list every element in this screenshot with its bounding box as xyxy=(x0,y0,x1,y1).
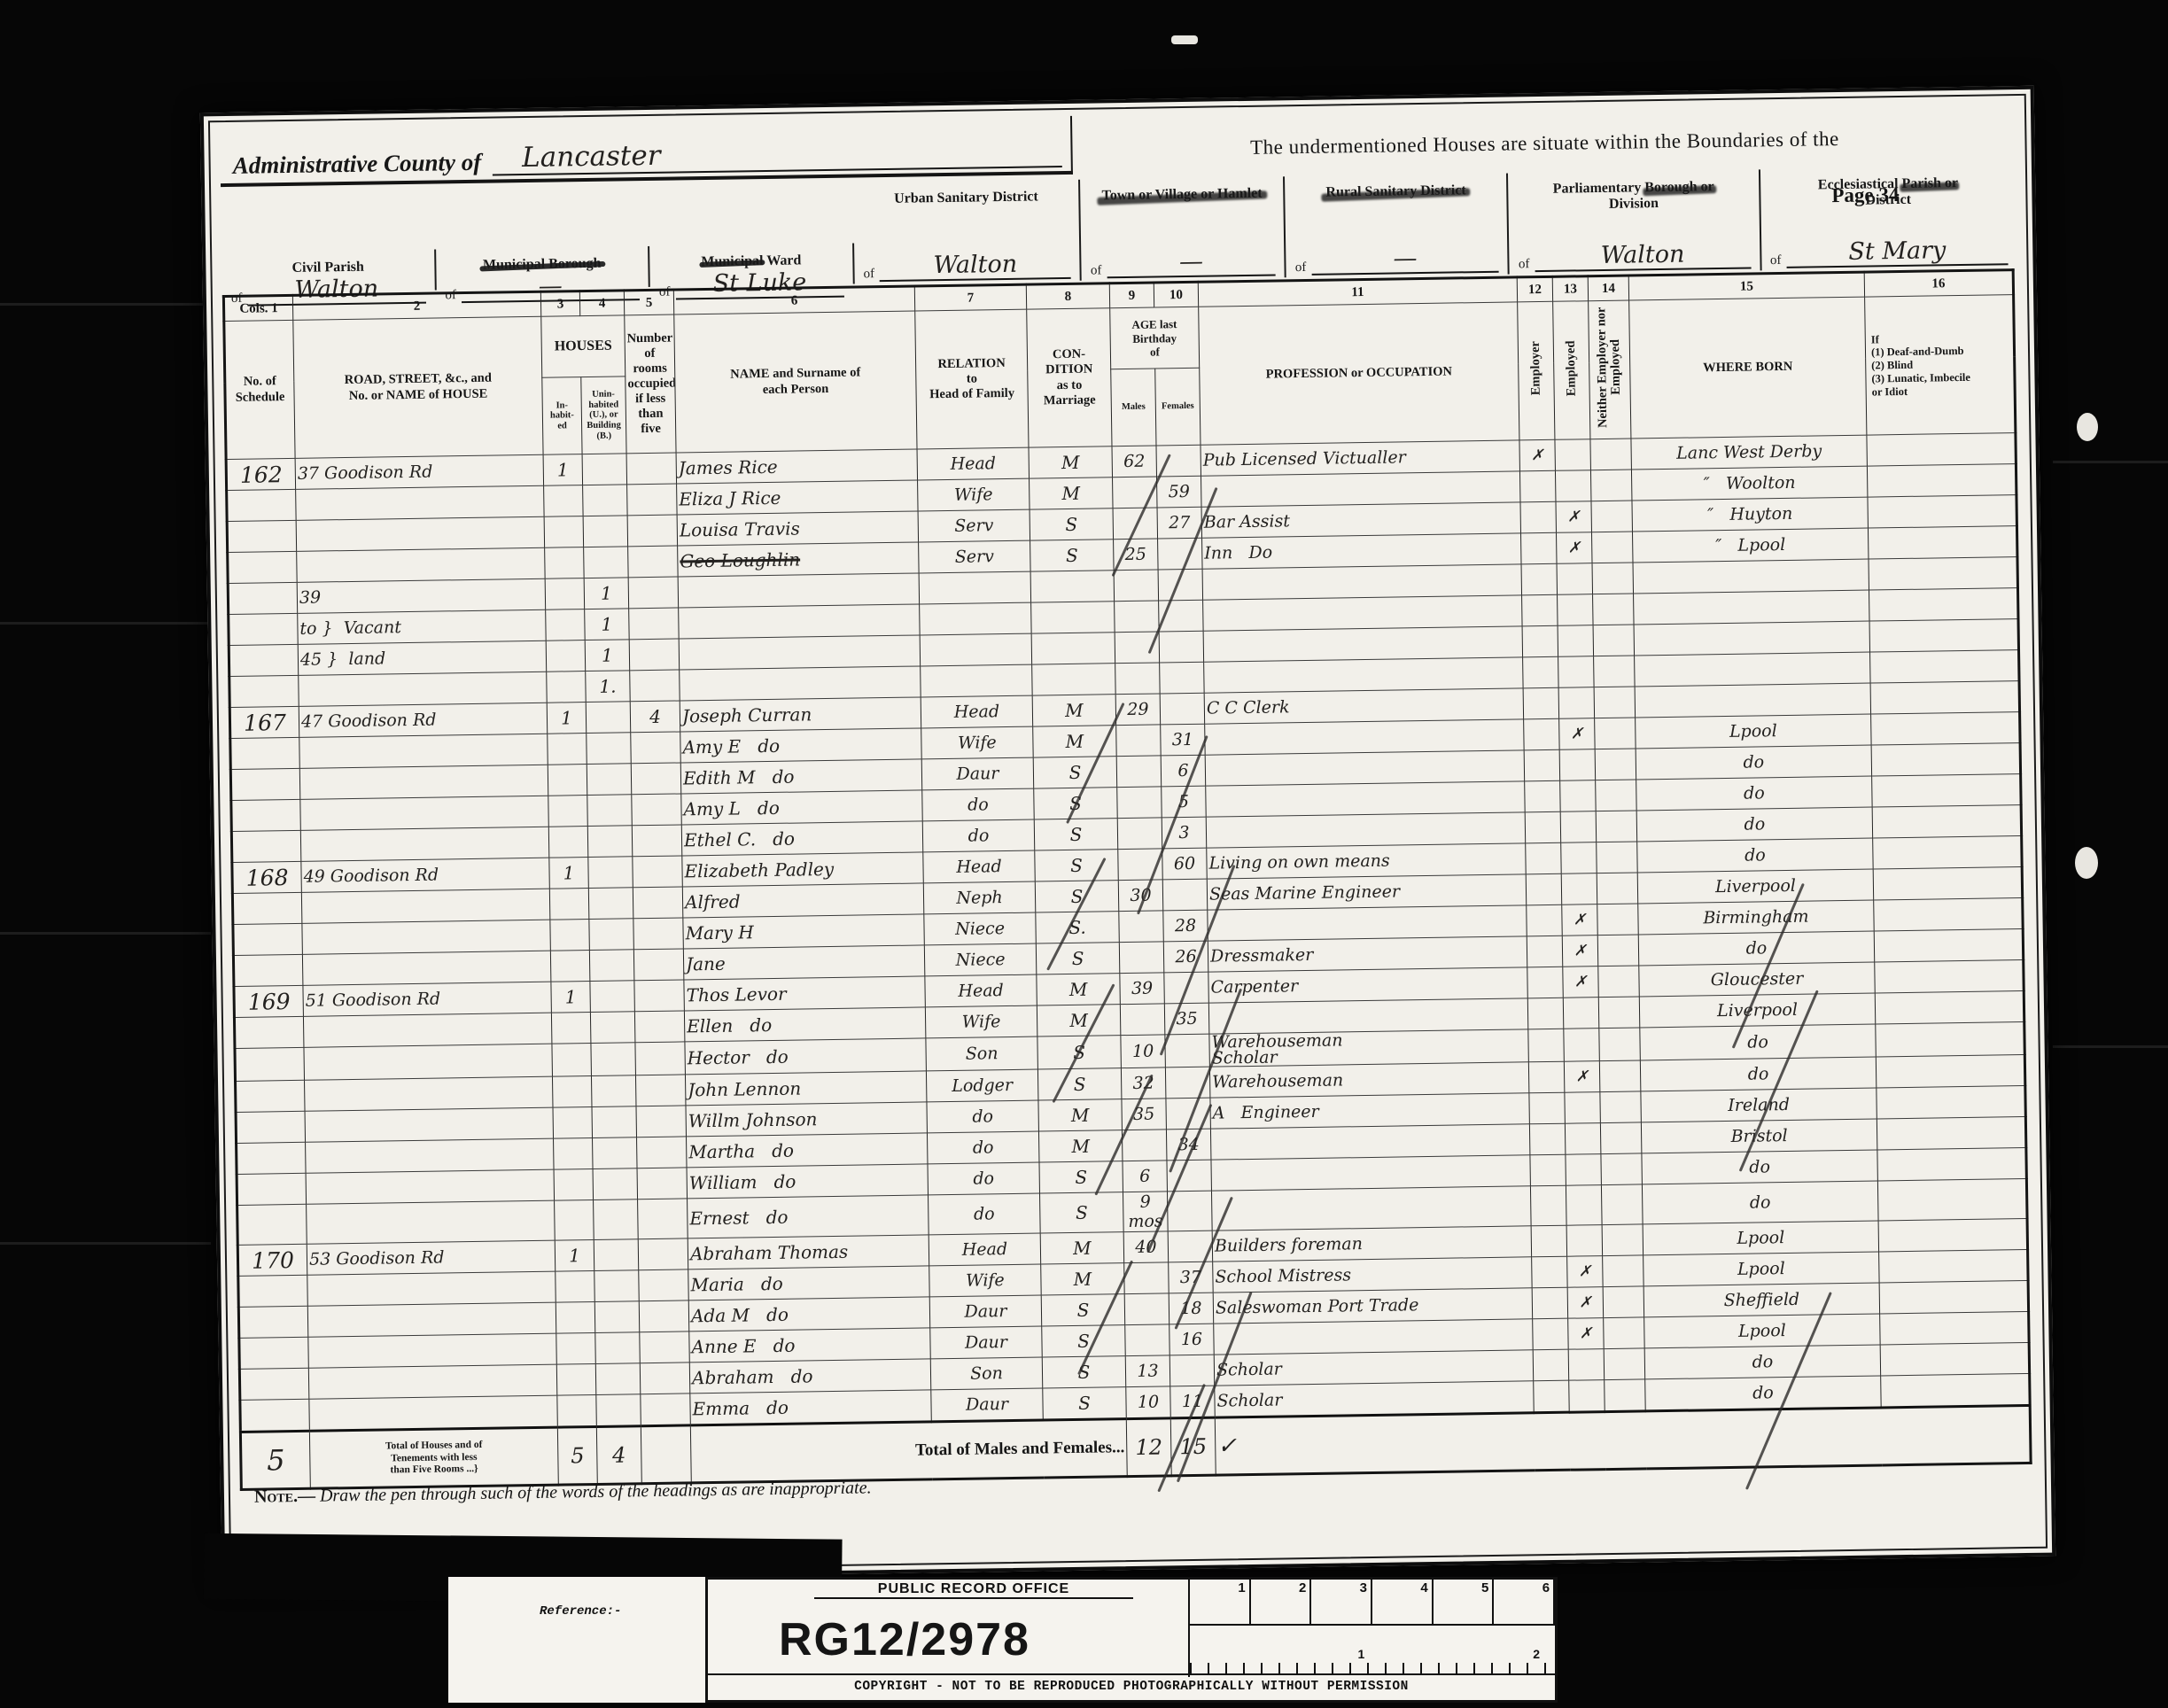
cell-schedule xyxy=(237,1174,307,1206)
cell-age-female: 34 xyxy=(1166,1129,1211,1161)
cell-employed xyxy=(1568,1349,1605,1381)
cell-where-born: Lanc West Derby xyxy=(1631,435,1867,470)
field-value: St Mary xyxy=(1786,236,2008,268)
cell-name: Thos Levor xyxy=(684,976,925,1011)
cell-condition: S xyxy=(1042,1356,1126,1388)
cell-address xyxy=(297,547,545,582)
cell-neither xyxy=(1598,966,1640,998)
cell-occupation: Pub Licensed Victualler xyxy=(1201,440,1519,476)
cell-condition xyxy=(1031,602,1115,633)
cell-neither xyxy=(1604,1317,1645,1349)
cell-uninhabited xyxy=(593,1168,638,1200)
cell-employer xyxy=(1525,811,1561,843)
col-number: 9 xyxy=(1109,283,1154,308)
cell-neither xyxy=(1592,563,1634,594)
cell-name: Amy L do xyxy=(681,790,922,825)
cell-neither xyxy=(1595,749,1636,780)
cell-occupation: Saleswoman Port Trade xyxy=(1213,1288,1532,1324)
cell-rooms xyxy=(637,1137,688,1168)
cell-employed xyxy=(1558,625,1594,657)
cell-age-male: 40 xyxy=(1123,1231,1169,1263)
cell-employer xyxy=(1526,842,1562,874)
cell-schedule: 168 xyxy=(232,861,302,893)
cell-employed xyxy=(1559,749,1596,781)
cell-relation: do xyxy=(929,1193,1041,1235)
cell-employer xyxy=(1533,1318,1569,1350)
cell-name: Elizabeth Padley xyxy=(682,852,923,887)
cell-uninhabited xyxy=(586,702,631,734)
cell-occupation xyxy=(1201,471,1520,507)
cell-schedule xyxy=(238,1275,308,1307)
cell-address xyxy=(302,951,550,985)
field-municipal-ward: Municipal Ward of St Luke xyxy=(649,244,855,287)
cell-employed xyxy=(1557,563,1593,595)
pro-reference-box: PUBLIC RECORD OFFICE Reference:- RG12/29… xyxy=(705,1577,1558,1703)
cell-schedule xyxy=(229,644,299,676)
cell-where-born: do xyxy=(1642,1181,1878,1224)
cell-condition: S xyxy=(1041,1294,1125,1326)
cell-infirmity xyxy=(1877,1117,2026,1150)
header-rooms: Number of rooms occupied if less than fi… xyxy=(625,314,676,454)
col-number: 3 xyxy=(540,291,579,317)
cell-occupation xyxy=(1202,564,1521,600)
cell-employer xyxy=(1523,656,1559,688)
cell-schedule xyxy=(236,1081,306,1113)
cell-name: Edith M do xyxy=(680,759,921,794)
cell-condition: S xyxy=(1037,1068,1122,1100)
cell-where-born xyxy=(1633,559,1869,594)
cell-rooms xyxy=(628,577,679,609)
header-relation: RELATION to Head of Family xyxy=(915,309,1029,449)
cell-employed xyxy=(1566,1225,1603,1257)
cell-infirmity xyxy=(1875,991,2024,1024)
cell-rooms xyxy=(631,763,681,795)
cell-schedule xyxy=(232,892,302,924)
cell-neither xyxy=(1601,1184,1643,1225)
field-label-struck: Municipal xyxy=(701,253,763,270)
cell-uninhabited xyxy=(582,454,627,485)
totals-males: 12 xyxy=(1126,1418,1171,1477)
col-number: 10 xyxy=(1154,282,1198,307)
cell-condition xyxy=(1031,633,1115,664)
cell-name: Amy E do xyxy=(680,728,921,763)
cell-employer xyxy=(1528,1061,1565,1093)
cell-relation xyxy=(921,664,1033,697)
cell-rooms xyxy=(634,980,685,1012)
cell-relation: Lodger xyxy=(926,1069,1038,1102)
cell-employer xyxy=(1527,998,1564,1029)
copyright-notice: COPYRIGHT - NOT TO BE REPRODUCED PHOTOGR… xyxy=(708,1673,1555,1700)
cell-employer xyxy=(1529,1123,1566,1155)
cell-schedule xyxy=(231,830,301,862)
cell-where-born xyxy=(1635,683,1870,718)
cell-neither xyxy=(1590,470,1632,501)
cell-employed xyxy=(1560,780,1597,812)
cell-schedule: 167 xyxy=(229,706,299,738)
cell-age-female: 59 xyxy=(1157,476,1202,508)
cell-uninhabited xyxy=(588,888,633,920)
cell-schedule xyxy=(228,551,298,583)
cell-name: Mary H xyxy=(683,914,924,949)
cell-rooms xyxy=(641,1394,691,1426)
cell-rooms xyxy=(633,856,683,888)
cell-uninhabited xyxy=(596,1394,641,1427)
cell-address: 49 Goodison Rd xyxy=(301,858,549,892)
cell-name: Anne E do xyxy=(689,1328,930,1363)
film-streak xyxy=(0,622,211,625)
cell-where-born: do xyxy=(1636,776,1872,811)
cell-inhabited xyxy=(548,796,588,827)
cell-age-male xyxy=(1118,849,1163,881)
cell-condition: S xyxy=(1034,819,1118,850)
cell-condition xyxy=(1032,664,1116,695)
cell-occupation xyxy=(1203,595,1522,631)
cell-address xyxy=(307,1271,556,1306)
cell-employed xyxy=(1564,1029,1600,1062)
cell-name xyxy=(679,604,920,639)
cell-inhabited xyxy=(554,1169,594,1201)
cell-age-male xyxy=(1117,818,1162,850)
cell-condition: S xyxy=(1035,881,1119,912)
cell-address xyxy=(300,796,548,830)
ruler-mark: 3 xyxy=(1311,1580,1372,1624)
totals-schedule: 5 xyxy=(240,1431,310,1489)
cell-where-born: Liverpool xyxy=(1637,869,1873,904)
admin-county-line: Administrative County of Lancaster xyxy=(220,116,1073,187)
cell-age-female: 3 xyxy=(1162,817,1207,849)
cell-inhabited xyxy=(552,1044,592,1077)
cell-name: Ethel C. do xyxy=(681,821,922,856)
cell-schedule xyxy=(239,1337,309,1369)
cell-inhabited xyxy=(556,1302,595,1334)
cell-where-born: Lpool xyxy=(1643,1221,1878,1255)
cell-relation: Head xyxy=(925,974,1037,1007)
cell-uninhabited: 1. xyxy=(586,671,631,703)
cell-neither xyxy=(1599,1060,1641,1092)
cell-inhabited: 1 xyxy=(549,858,589,889)
cell-schedule xyxy=(239,1368,309,1400)
cell-employer xyxy=(1524,749,1560,781)
cell-employer xyxy=(1530,1154,1566,1186)
totals-empty xyxy=(641,1425,691,1484)
cell-employer xyxy=(1523,687,1559,719)
cell-employer xyxy=(1527,936,1563,967)
cell-where-born: Ireland xyxy=(1641,1088,1877,1122)
cell-inhabited: 1 xyxy=(555,1240,594,1272)
cell-infirmity xyxy=(1873,867,2023,900)
cell-uninhabited xyxy=(587,733,632,765)
cell-employer xyxy=(1534,1380,1570,1413)
cell-relation xyxy=(920,633,1032,666)
cell-infirmity xyxy=(1871,743,2021,776)
cell-neither xyxy=(1598,997,1640,1029)
cell-inhabited: 1 xyxy=(551,982,591,1013)
cell-where-born: do xyxy=(1638,931,1874,966)
cell-occupation: Carpenter xyxy=(1208,967,1527,1003)
cell-rooms xyxy=(639,1300,689,1332)
of-label: of xyxy=(1770,253,1782,268)
cell-rooms xyxy=(635,1042,686,1075)
cell-infirmity xyxy=(1869,619,2019,652)
cell-occupation: School Mistress xyxy=(1213,1257,1532,1293)
cell-age-female: 26 xyxy=(1163,941,1208,973)
cell-age-female: 5 xyxy=(1162,786,1207,818)
cell-condition: M xyxy=(1032,695,1116,726)
cell-employed: ✗ xyxy=(1568,1318,1605,1350)
cell-condition: M xyxy=(1037,1005,1121,1036)
cell-age-male xyxy=(1113,508,1158,540)
cell-age-female xyxy=(1168,1231,1213,1262)
cell-relation: Wife xyxy=(929,1264,1042,1297)
cell-relation: Head xyxy=(921,695,1033,728)
cell-inhabited xyxy=(556,1271,595,1303)
cell-age-male: 10 xyxy=(1126,1386,1171,1419)
cell-employer xyxy=(1528,1029,1565,1062)
cell-employed xyxy=(1558,656,1595,688)
cell-employed: ✗ xyxy=(1564,1061,1600,1093)
cell-employed xyxy=(1558,687,1595,719)
cell-infirmity xyxy=(1868,495,2017,528)
cell-schedule xyxy=(231,799,301,831)
col-number: 5 xyxy=(624,290,673,315)
ruler-mark: 2 xyxy=(1251,1580,1312,1624)
cell-employer xyxy=(1522,594,1558,626)
cell-relation: Serv xyxy=(918,509,1030,542)
header-occupation: PROFESSION or OCCUPATION xyxy=(1199,302,1519,445)
cell-occupation: Scholar xyxy=(1215,1381,1534,1417)
cell-uninhabited xyxy=(587,826,633,858)
cell-neither xyxy=(1594,687,1636,718)
header-where-born: WHERE BORN xyxy=(1629,297,1867,439)
cell-age-female xyxy=(1156,445,1201,477)
cell-infirmity xyxy=(1874,898,2024,931)
reference-label: Reference:- xyxy=(540,1604,621,1619)
cell-age-male: 13 xyxy=(1125,1355,1170,1387)
cell-age-female xyxy=(1158,538,1203,570)
cell-age-female: 16 xyxy=(1169,1324,1215,1355)
cell-condition: M xyxy=(1037,974,1121,1005)
cell-uninhabited: 1 xyxy=(585,640,630,672)
cell-neither xyxy=(1593,594,1635,625)
cell-inhabited xyxy=(557,1395,597,1428)
cell-inhabited: 1 xyxy=(543,454,583,486)
header-houses-group: HOUSES xyxy=(541,315,626,378)
cell-address xyxy=(305,1107,553,1142)
cell-age-male: 62 xyxy=(1112,446,1157,477)
cell-employed: ✗ xyxy=(1557,532,1593,564)
header-males: Males xyxy=(1111,369,1156,446)
cell-inhabited xyxy=(547,672,587,703)
cell-neither xyxy=(1591,501,1633,532)
cell-condition: S xyxy=(1037,1036,1122,1069)
banner-title: The undermentioned Houses are situate wi… xyxy=(1090,125,1999,161)
cell-age-female xyxy=(1167,1191,1212,1231)
cell-neither xyxy=(1603,1255,1644,1287)
col-number: 6 xyxy=(673,286,914,314)
cell-schedule xyxy=(234,1016,304,1048)
cell-age-male: 30 xyxy=(1118,880,1163,912)
cell-relation: Daur xyxy=(931,1388,1044,1422)
cell-condition: M xyxy=(1029,446,1113,478)
header-age-group: AGE last Birthday of xyxy=(1110,307,1200,369)
film-streak xyxy=(0,1242,211,1245)
cell-age-male xyxy=(1119,942,1164,974)
field-label: Parliamentary xyxy=(1553,180,1642,196)
cell-age-female xyxy=(1159,631,1204,663)
cell-where-born: Sheffield xyxy=(1643,1283,1879,1317)
cell-relation: do xyxy=(928,1162,1040,1195)
cell-where-born xyxy=(1634,621,1869,656)
col-number: 2 xyxy=(292,291,540,320)
cell-occupation: Warehouseman Scholar xyxy=(1209,1029,1529,1067)
totals-houses-inhabited: 5 xyxy=(557,1427,597,1486)
cell-name: Joseph Curran xyxy=(680,697,921,732)
cell-neither xyxy=(1597,873,1638,904)
cell-uninhabited xyxy=(594,1270,640,1302)
cell-employed: ✗ xyxy=(1559,718,1596,750)
cell-relation: do xyxy=(927,1100,1039,1133)
field-rural-sanitary: Rural Sanitary District of — xyxy=(1285,174,1510,278)
cell-inhabited xyxy=(544,485,584,517)
cell-employed xyxy=(1563,998,1599,1029)
cell-schedule xyxy=(240,1399,310,1432)
cell-schedule: 162 xyxy=(226,459,296,491)
cell-name xyxy=(678,573,919,608)
cell-name: John Lennon xyxy=(685,1071,926,1106)
cell-neither xyxy=(1605,1379,1646,1412)
cell-neither xyxy=(1597,935,1639,967)
cell-inhabited xyxy=(546,640,586,672)
header-road: ROAD, STREET, &c., and No. or NAME of HO… xyxy=(293,316,543,458)
cell-neither xyxy=(1599,1028,1641,1061)
cell-occupation: Seas Marine Engineer xyxy=(1207,874,1526,910)
cell-schedule: 170 xyxy=(237,1245,307,1277)
cell-where-born: ″ Woolton xyxy=(1631,466,1867,501)
cell-infirmity xyxy=(1876,1055,2025,1088)
cell-schedule xyxy=(227,490,297,522)
cell-schedule xyxy=(230,737,300,769)
cell-infirmity xyxy=(1873,836,2023,869)
header-infirmity: If (1) Deaf-and-Dumb (2) Blind (3) Lunat… xyxy=(1865,295,2016,436)
cell-name: Jane xyxy=(683,945,924,980)
cell-address xyxy=(306,1169,554,1204)
cell-condition xyxy=(1030,571,1115,602)
cell-employed xyxy=(1565,1123,1601,1155)
field-value: Walton xyxy=(1535,240,1751,273)
cell-schedule xyxy=(227,520,297,552)
cell-age-female xyxy=(1158,569,1203,601)
col-number: 7 xyxy=(914,284,1026,311)
film-hole-speck xyxy=(2075,847,2098,879)
cell-employer xyxy=(1527,904,1563,936)
cell-relation xyxy=(919,571,1031,604)
cell-inhabited xyxy=(545,547,585,579)
cell-employed xyxy=(1558,594,1594,626)
cell-employer xyxy=(1522,625,1558,657)
cell-age-male xyxy=(1117,787,1162,819)
cell-condition: S xyxy=(1036,943,1120,974)
cell-schedule: 169 xyxy=(234,985,304,1017)
cell-age-female xyxy=(1167,1160,1212,1192)
cell-name: Alfred xyxy=(682,883,923,918)
ruler-mark: 6 xyxy=(1494,1580,1555,1624)
footer-note-prefix: Note.— xyxy=(254,1487,315,1507)
cell-uninhabited xyxy=(584,547,629,578)
cell-rooms xyxy=(638,1199,688,1239)
cell-employed: ✗ xyxy=(1562,936,1598,967)
cell-relation: Son xyxy=(926,1036,1038,1071)
census-table: Cols. 1 2 3 4 5 6 7 8 9 10 11 12 13 14 1… xyxy=(222,268,2032,1491)
cell-address xyxy=(299,672,547,706)
of-label: of xyxy=(1295,260,1307,276)
cell-uninhabited xyxy=(588,857,633,889)
cell-age-female xyxy=(1166,1098,1211,1130)
field-value: — xyxy=(1311,244,1499,276)
cell-age-male xyxy=(1116,725,1162,757)
cell-uninhabited: 1 xyxy=(584,578,629,609)
cell-employed xyxy=(1560,811,1597,843)
cell-name xyxy=(679,635,920,670)
cell-infirmity xyxy=(1877,1179,2027,1221)
cell-occupation xyxy=(1208,905,1527,941)
cell-infirmity xyxy=(1868,526,2017,559)
cell-neither xyxy=(1603,1286,1644,1318)
cell-age-male: 32 xyxy=(1121,1067,1166,1099)
cell-employer xyxy=(1521,563,1558,595)
cell-rooms xyxy=(627,484,678,516)
cell-occupation xyxy=(1214,1319,1533,1355)
cell-infirmity xyxy=(1880,1343,2030,1376)
field-label: Division xyxy=(1609,196,1659,212)
cell-uninhabited xyxy=(589,950,634,982)
cell-age-female: 60 xyxy=(1162,848,1208,880)
cell-relation: Neph xyxy=(923,881,1036,914)
cell-inhabited: 1 xyxy=(547,703,587,734)
cell-where-born: Bristol xyxy=(1641,1119,1877,1153)
col-number: 14 xyxy=(1588,276,1628,301)
cell-rooms xyxy=(638,1238,688,1270)
cell-rooms xyxy=(632,825,682,857)
cell-infirmity xyxy=(1871,712,2021,745)
cell-age-male xyxy=(1115,632,1160,664)
cell-schedule xyxy=(229,613,299,645)
cell-age-female xyxy=(1164,972,1209,1004)
cell-employer xyxy=(1532,1287,1568,1319)
cell-uninhabited: 1 xyxy=(585,609,630,640)
cell-rooms xyxy=(632,794,682,826)
cell-age-female xyxy=(1160,693,1205,725)
field-label: Ward xyxy=(766,252,801,268)
cell-relation: Wife xyxy=(921,726,1034,759)
census-rows: 16237 Goodison Rd1James RiceHeadM62Pub L… xyxy=(226,433,2030,1432)
cell-age-female: 35 xyxy=(1164,1003,1209,1035)
cell-uninhabited xyxy=(593,1137,638,1169)
cell-infirmity xyxy=(1869,588,2019,621)
ruler-top-scale: 1 2 3 4 5 6 xyxy=(1190,1580,1555,1626)
cell-address xyxy=(296,485,544,520)
col-number: 8 xyxy=(1026,283,1109,309)
header-employer: Employer xyxy=(1518,301,1555,440)
cell-condition: M xyxy=(1040,1232,1124,1264)
cell-infirmity xyxy=(1870,681,2020,714)
cell-relation: Niece xyxy=(924,912,1037,945)
cell-inhabited xyxy=(546,609,586,641)
cell-employed: ✗ xyxy=(1563,967,1599,998)
cell-where-born: Lpool xyxy=(1643,1252,1879,1286)
cell-rooms xyxy=(635,1075,686,1106)
cell-employed xyxy=(1561,873,1597,905)
cell-address: 37 Goodison Rd xyxy=(295,454,543,489)
